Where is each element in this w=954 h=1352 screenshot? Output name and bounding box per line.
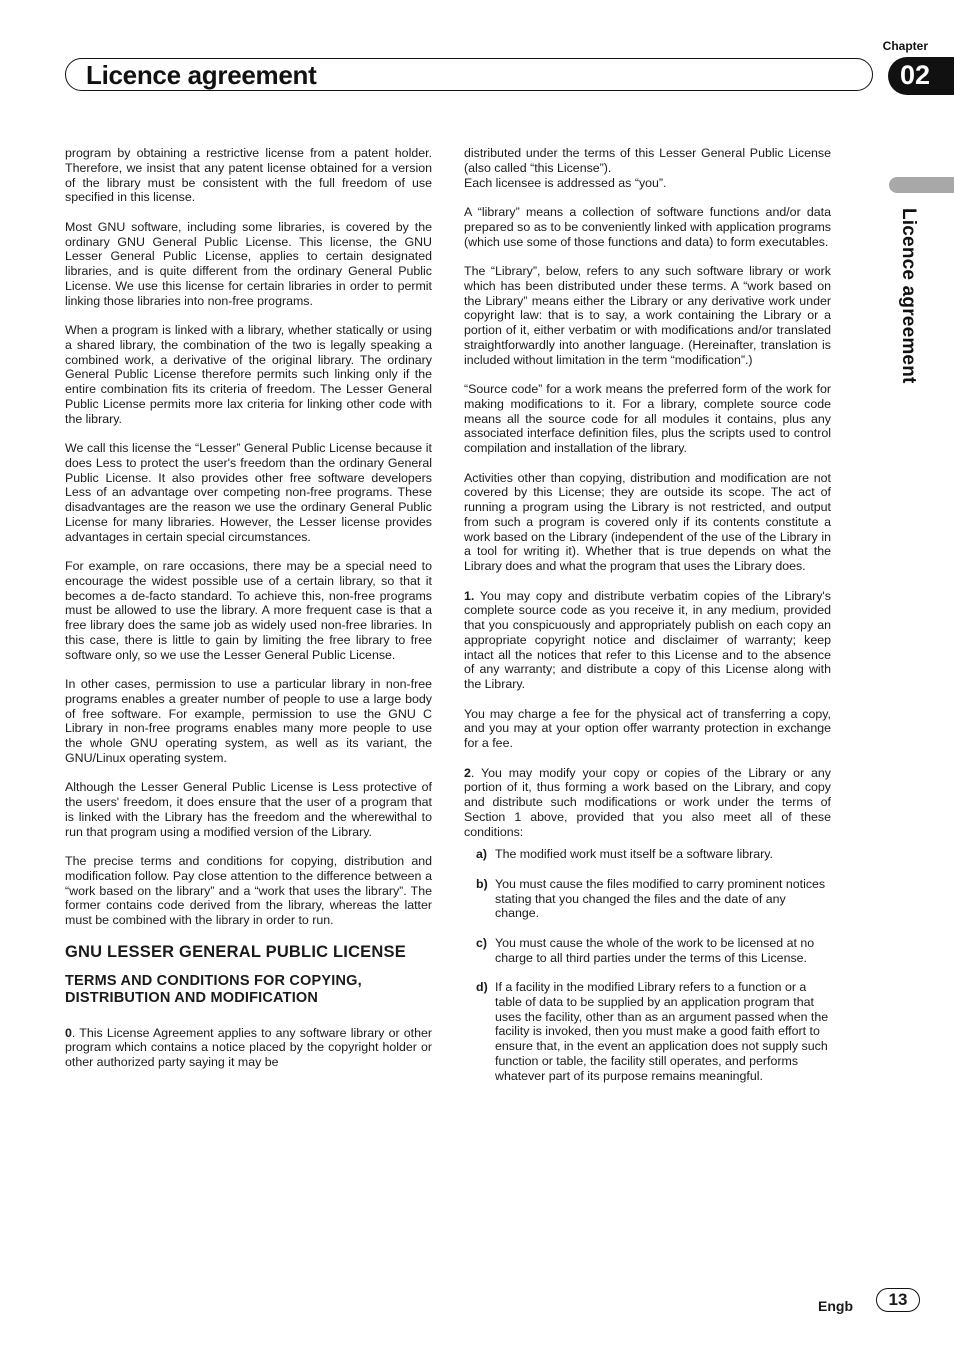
section-2-paragraph: 2. You may modify your copy or copies of… (464, 766, 831, 840)
side-tab-marker (889, 177, 954, 193)
page-title: Licence agreement (86, 60, 316, 91)
condition-text: The modified work must itself be a softw… (495, 847, 831, 862)
chapter-badge: 02 (888, 57, 954, 95)
left-column: program by obtaining a restrictive licen… (65, 146, 432, 1070)
condition-item: a) The modified work must itself be a so… (476, 847, 831, 862)
paragraph: A “library” means a collection of softwa… (464, 205, 831, 249)
condition-text: If a facility in the modified Library re… (495, 980, 831, 1083)
condition-item: b) You must cause the files modified to … (476, 877, 831, 921)
page-number: 13 (876, 1288, 920, 1312)
subsection-heading: TERMS AND CONDITIONS FOR COPYING, DISTRI… (65, 973, 432, 1007)
language-code: Engb (818, 1298, 853, 1314)
section-0-paragraph: 0. This License Agreement applies to any… (65, 1026, 432, 1070)
paragraph: When a program is linked with a library,… (65, 323, 432, 426)
paragraph: “Source code” for a work means the prefe… (464, 382, 831, 456)
paragraph: The “Library”, below, refers to any such… (464, 264, 831, 367)
section-1-paragraph: 1. You may copy and distribute verbatim … (464, 589, 831, 692)
side-tab-label: Licence agreement (897, 208, 919, 384)
condition-item: c) You must cause the whole of the work … (476, 936, 831, 966)
section-text: . This License Agreement applies to any … (65, 1026, 432, 1070)
paragraph: You may charge a fee for the physical ac… (464, 707, 831, 751)
condition-text: You must cause the files modified to car… (495, 877, 831, 921)
paragraph: The precise terms and conditions for cop… (65, 854, 432, 928)
paragraph: In other cases, permission to use a part… (65, 677, 432, 766)
paragraph: Most GNU software, including some librar… (65, 220, 432, 309)
section-text: You may copy and distribute verbatim cop… (464, 589, 831, 692)
section-number: 2 (464, 766, 471, 780)
chapter-number: 02 (900, 60, 930, 91)
section-text: . You may modify your copy or copies of … (464, 766, 831, 839)
paragraph: For example, on rare occasions, there ma… (65, 559, 432, 662)
condition-label: a) (476, 847, 495, 862)
paragraph: We call this license the “Lesser” Genera… (65, 441, 432, 544)
page-title-bar: Licence agreement (65, 58, 873, 91)
condition-text: You must cause the whole of the work to … (495, 936, 831, 966)
condition-label: c) (476, 936, 495, 966)
section-number: 0 (65, 1026, 72, 1040)
condition-label: d) (476, 980, 495, 1083)
condition-item: d) If a facility in the modified Library… (476, 980, 831, 1083)
paragraph: Activities other than copying, distribut… (464, 471, 831, 574)
condition-label: b) (476, 877, 495, 921)
section-heading: GNU LESSER GENERAL PUBLIC LICENSE (65, 943, 432, 962)
paragraph: Although the Lesser General Public Licen… (65, 780, 432, 839)
chapter-label: Chapter (876, 39, 928, 53)
right-column: distributed under the terms of this Less… (464, 146, 831, 1098)
paragraph: distributed under the terms of this Less… (464, 146, 831, 176)
paragraph: Each licensee is addressed as “you”. (464, 176, 831, 191)
section-number: 1. (464, 589, 474, 603)
paragraph: program by obtaining a restrictive licen… (65, 146, 432, 205)
